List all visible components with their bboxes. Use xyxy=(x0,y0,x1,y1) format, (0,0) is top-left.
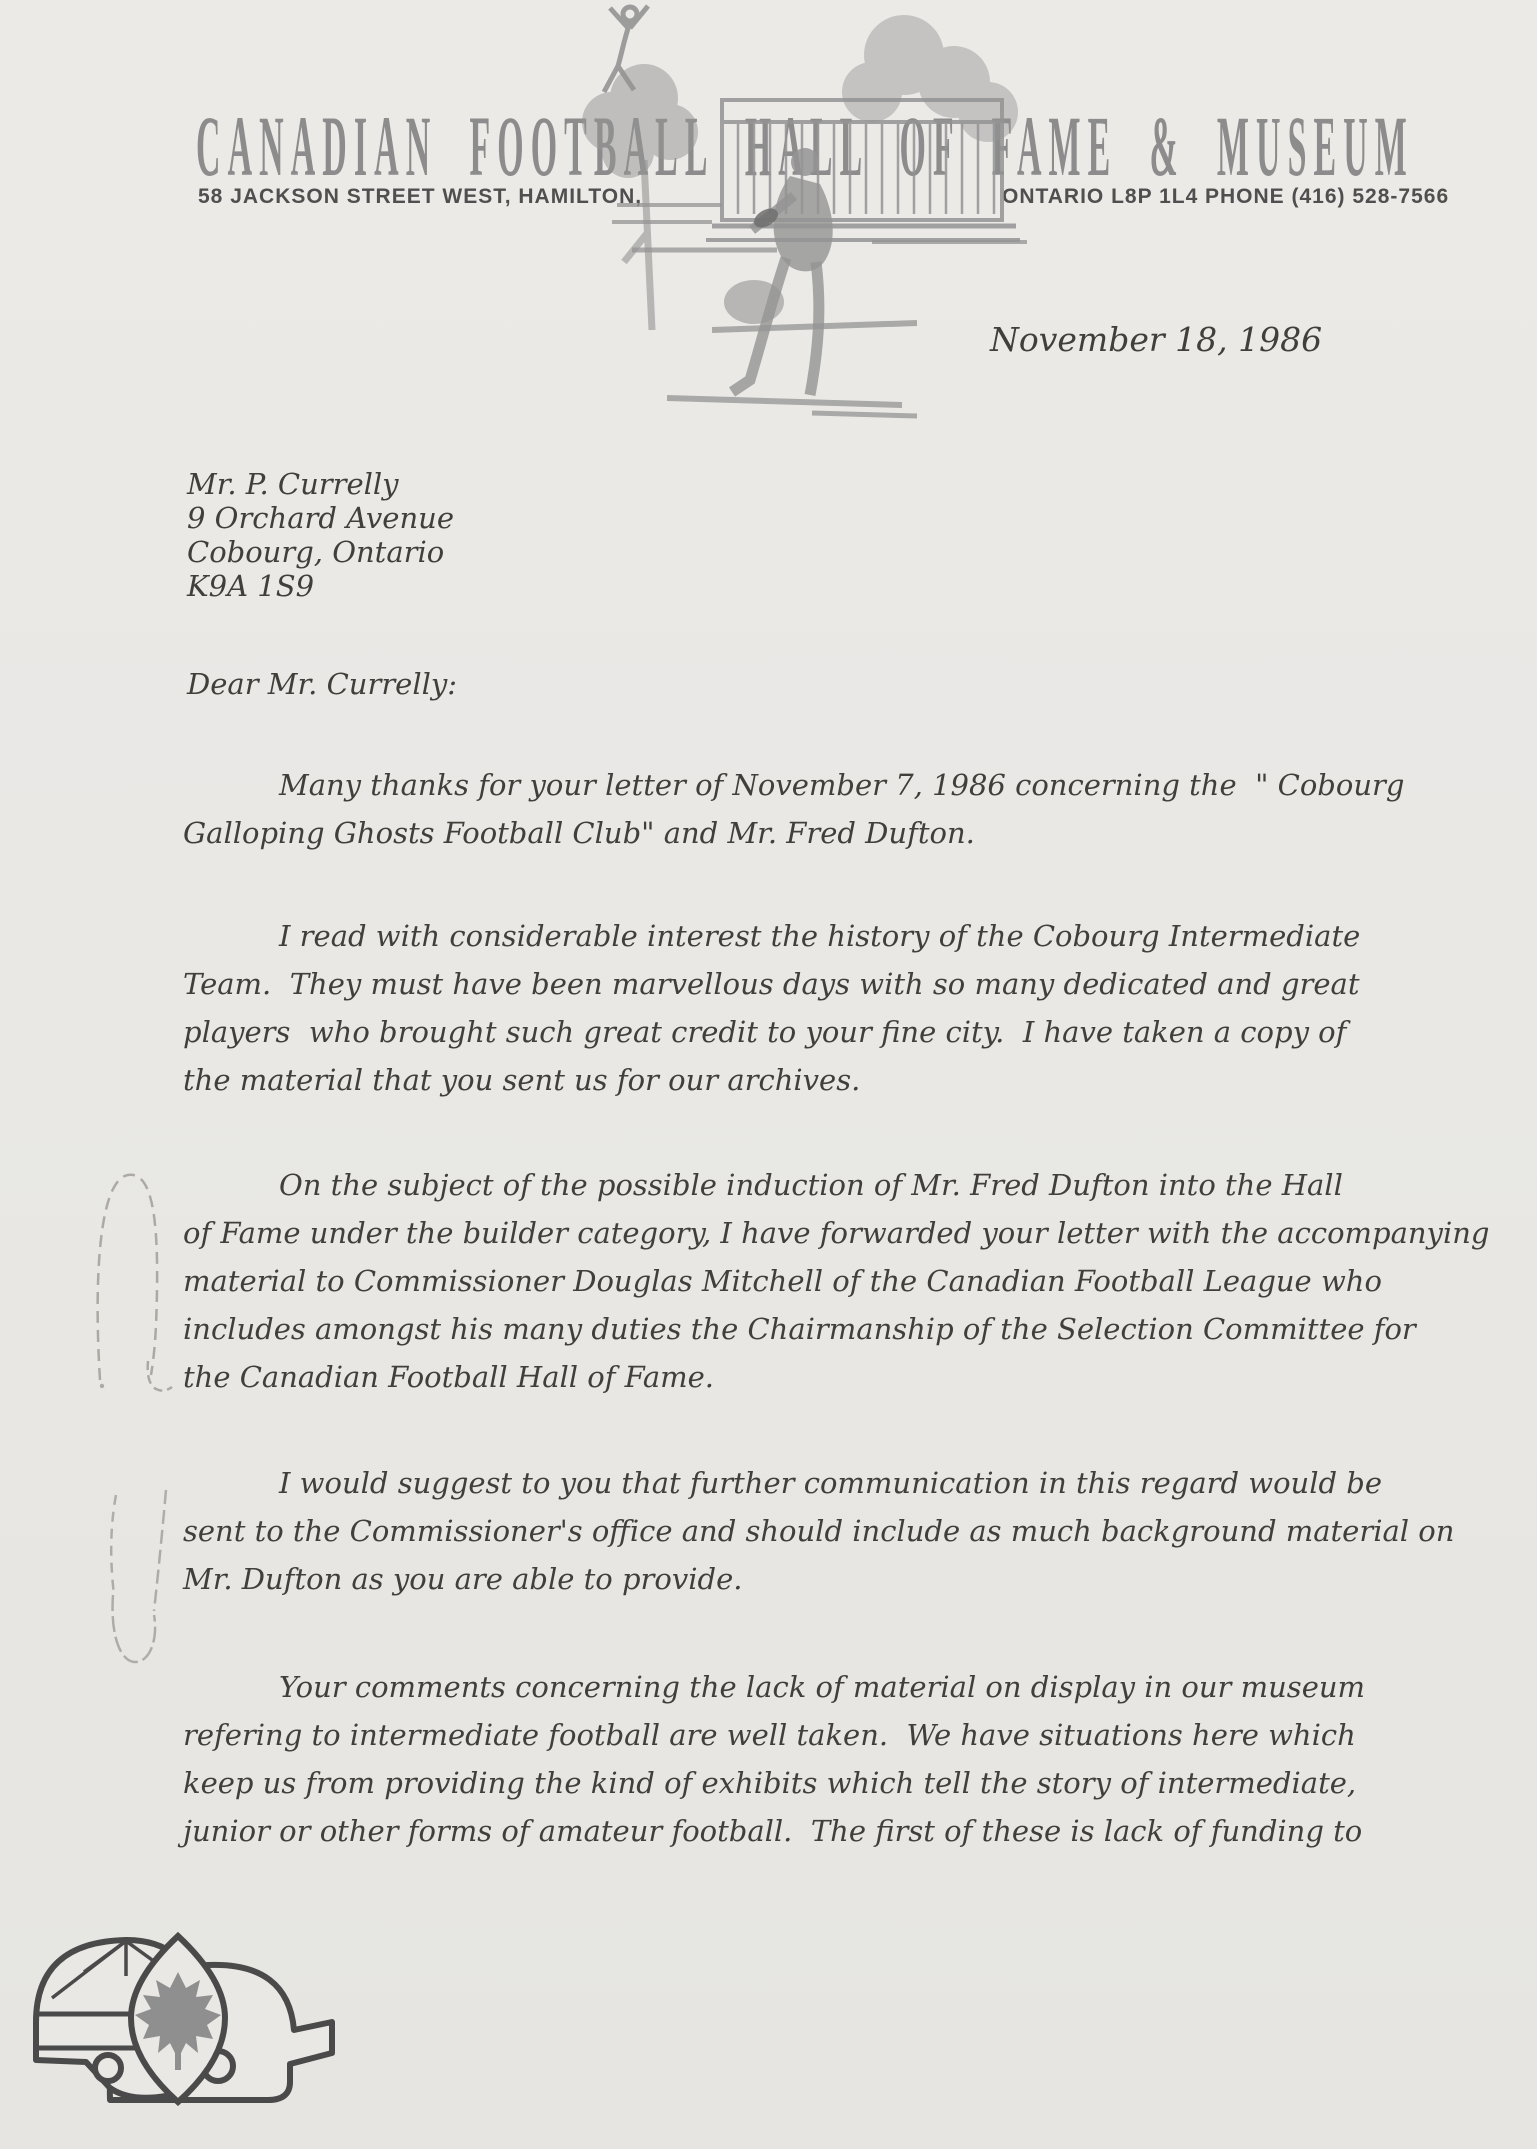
helmets-maple-leaf-logo xyxy=(26,1910,338,2106)
body-line: includes amongst his many duties the Cha… xyxy=(183,1305,1489,1353)
body-line: players who brought such great credit to… xyxy=(183,1008,1360,1056)
letterhead-title: CANADIAN FOOTBALL HALL OF FAME & MUSEUM xyxy=(196,102,1414,190)
salutation: Dear Mr. Currelly: xyxy=(187,667,457,701)
body-line: Many thanks for your letter of November … xyxy=(183,761,1404,809)
body-line: Mr. Dufton as you are able to provide. xyxy=(183,1555,1454,1603)
paperclip-imprint-marks xyxy=(88,1165,188,1685)
body-line: Your comments concerning the lack of mat… xyxy=(183,1663,1365,1711)
body-line: refering to intermediate football are we… xyxy=(183,1711,1365,1759)
body-line: Team. They must have been marvellous day… xyxy=(183,960,1360,1008)
recipient-address-block: Mr. P. Currelly 9 Orchard Avenue Cobourg… xyxy=(187,467,454,603)
body-line: keep us from providing the kind of exhib… xyxy=(183,1759,1365,1807)
recipient-city: Cobourg, Ontario xyxy=(187,535,454,569)
recipient-postal: K9A 1S9 xyxy=(187,569,454,603)
leaping-player-icon xyxy=(604,6,648,92)
blocking-player-icon xyxy=(724,280,784,324)
letterhead-phone: PHONE (416) 528-7566 xyxy=(1205,185,1449,209)
body-line: of Fame under the builder category, I ha… xyxy=(183,1209,1489,1257)
letterhead-address: 58 JACKSON STREET WEST, HAMILTON, xyxy=(198,185,642,209)
body-line: Galloping Ghosts Football Club" and Mr. … xyxy=(183,809,1404,857)
paragraph-5: Your comments concerning the lack of mat… xyxy=(183,1663,1365,1855)
paragraph-2: I read with considerable interest the hi… xyxy=(183,912,1360,1104)
hall-building-illustration xyxy=(572,0,1042,432)
paragraph-3: On the subject of the possible induction… xyxy=(183,1161,1489,1401)
body-line: material to Commissioner Douglas Mitchel… xyxy=(183,1257,1489,1305)
letter-date: November 18, 1986 xyxy=(990,320,1322,359)
scanned-letter-page: CANADIAN FOOTBALL HALL OF FAME & MUSEUM … xyxy=(0,0,1537,2149)
body-line: the material that you sent us for our ar… xyxy=(183,1056,1360,1104)
recipient-street: 9 Orchard Avenue xyxy=(187,501,454,535)
paragraph-1: Many thanks for your letter of November … xyxy=(183,761,1404,857)
body-line: I would suggest to you that further comm… xyxy=(183,1459,1454,1507)
body-line: On the subject of the possible induction… xyxy=(183,1161,1489,1209)
field-lines xyxy=(612,205,1027,416)
football-icon xyxy=(751,205,782,232)
body-line: junior or other forms of amateur footbal… xyxy=(183,1807,1365,1855)
body-line: sent to the Commissioner's office and sh… xyxy=(183,1507,1454,1555)
body-line: the Canadian Football Hall of Fame. xyxy=(183,1353,1489,1401)
body-line: I read with considerable interest the hi… xyxy=(183,912,1360,960)
paragraph-4: I would suggest to you that further comm… xyxy=(183,1459,1454,1603)
letterhead-region: ONTARIO L8P 1L4 xyxy=(1002,185,1198,209)
recipient-name: Mr. P. Currelly xyxy=(187,467,454,501)
